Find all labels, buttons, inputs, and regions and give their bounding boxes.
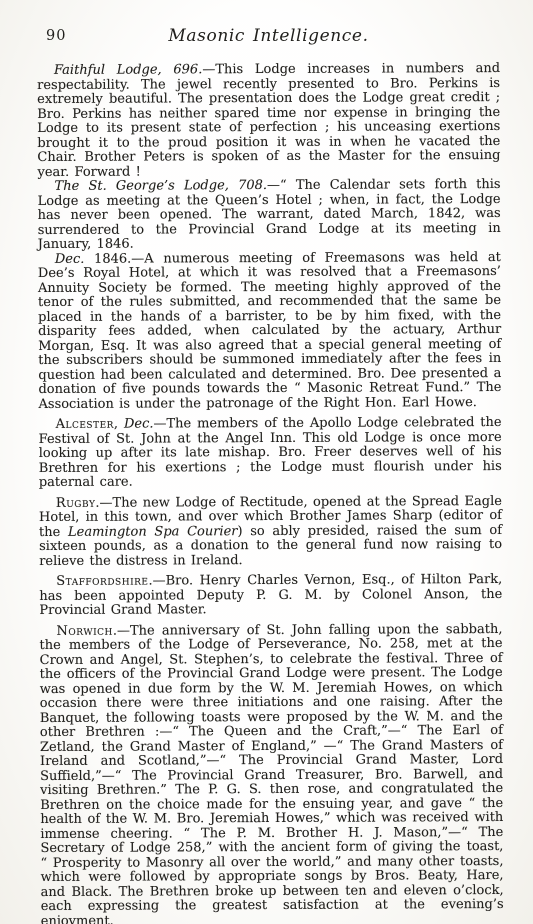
paragraph: Staffordshire.—Bro. Henry Charles Vernon… xyxy=(39,573,502,619)
document-page: 90 Masonic Intelligence. Faithful Lodge,… xyxy=(0,0,533,924)
paragraph: Alcester, Dec.—The members of the Apollo… xyxy=(39,416,502,491)
paragraph: The St. George’s Lodge, 708.—“ The Calen… xyxy=(38,178,501,253)
text-segment-normal: 1846.—A numerous meeting of Freemasons w… xyxy=(38,249,502,411)
text-segment-normal: .—The anniversary of St. John falling up… xyxy=(40,621,504,924)
text-segment-smallcaps: Alcester xyxy=(56,417,114,432)
text-segment-italic: Dec. xyxy=(55,251,85,266)
paragraph: Faithful Lodge, 696.—This Lodge increase… xyxy=(37,62,501,180)
text-segment-italic: The St. George’s Lodge, 708. xyxy=(55,178,268,194)
text-segment-smallcaps: Rugby xyxy=(56,495,96,510)
paragraph: Dec. 1846.—A numerous meeting of Freemas… xyxy=(38,250,502,412)
text-segment-normal: —This Lodge increases in numbers and res… xyxy=(37,61,500,180)
page-number: 90 xyxy=(46,28,66,44)
text-segment-italic: Leamington Spa Courier xyxy=(68,524,238,540)
text-segment-smallcaps: Staffordshire xyxy=(56,574,148,589)
text-segment-normal: , xyxy=(114,417,124,432)
text-segment-italic: Dec. xyxy=(124,417,154,432)
article-body: Faithful Lodge, 696.—This Lodge increase… xyxy=(37,62,504,924)
text-segment-italic: Faithful Lodge, 696. xyxy=(54,62,202,78)
paragraph: Rugby.—The new Lodge of Rectitude, opene… xyxy=(39,494,502,569)
page-header: 90 Masonic Intelligence. xyxy=(37,26,500,58)
text-segment-smallcaps: Norwich xyxy=(56,623,112,638)
running-title: Masonic Intelligence. xyxy=(37,26,500,46)
paragraph: Norwich.—The anniversary of St. John fal… xyxy=(39,622,503,924)
